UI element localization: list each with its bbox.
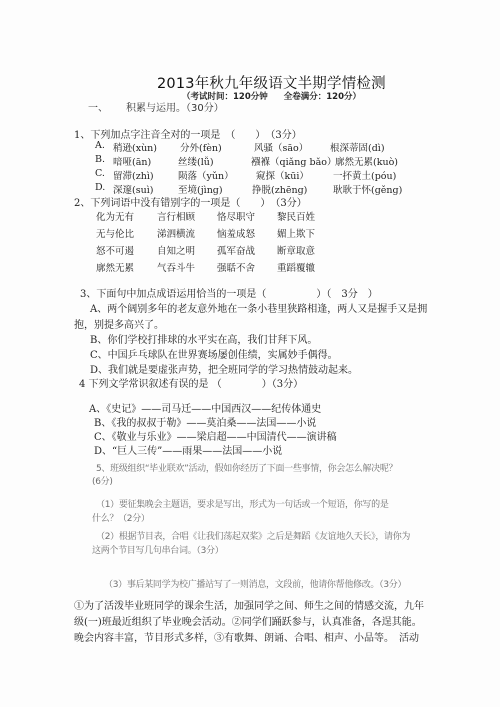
q5-passage-line: ①为了活泼毕业班同学的课余生活，加强同学之间、师生之间的情感交流，九年 [74,597,424,612]
word-item: 黎民百姓 [277,209,315,223]
option-item: 留滞(zhì) [113,168,154,182]
word-item: 孤军奋战 [217,243,255,257]
word-item: 自知之明 [157,243,195,257]
q4-option-c: C、《敬业与乐业》——梁启超——中国清代——演讲稿 [94,428,337,443]
q5-sub2: （2）根据节目表，合唱《让我们荡起双桨》之后是舞蹈《友谊地久天长》，请你为 [96,529,410,542]
q5-sub3: （3）事后某同学为校广播站写了一则消息，文段前，他请你帮他修改。（3分） [104,577,406,590]
option-item: 陨落（yǔn） [178,168,234,182]
q5-passage-line: 级(一)班最近组织了毕业晚会活动。②同学们踊跃参与，认真准备，各逞其能。 [74,613,422,628]
word-item: 无与伦比 [96,226,134,240]
option-label: C. [95,168,105,179]
q5-stem: 5、班级组织“毕业联欢”活动，假如你经历了下面一些事情，你会怎么解决呢？ [96,461,397,474]
option-item: 襁褓（qiǎng bǎo） [251,154,336,168]
word-item: 言行相顾 [157,209,195,223]
q1-option-c: C. 留滞(zhì) 陨落（yǔn） 窥探（kūi） 一抔黄土(póu) [0,168,500,182]
q1-option-b: B. 喑哑(ān) 丝缕(lǚ) 襁褓（qiǎng bǎo） 廓然无累(kuò) [0,154,500,168]
word-item: 断章取意 [277,243,315,257]
option-item: 稍逊(xùn) [113,140,157,154]
section-label: 积累与运用。（30分） [126,103,224,114]
q1-stem: 1、下列加点字注音全对的一项是 （ ） （3分） [74,126,302,141]
word-item: 涕泗横流 [157,226,195,240]
q5-sub1: （1）要征集晚会主题语，要求是写出，形式为一句话或一个短语，你写的是 [96,497,389,510]
option-item: 丝缕(lǚ) [178,154,214,168]
word-item: 重蹈覆辙 [277,260,315,274]
q3-option-d: D、我们就是要虚张声势，把全班同学的学习热情鼓动起来。 [90,361,358,376]
q3-option-c: C、中国乒乓球队在世界赛场屡创佳绩，实属妙手偶得。 [90,346,338,361]
q5-sub1-cont: 什么？（2分） [92,511,150,524]
option-item: 窥探（kūi） [256,168,309,182]
option-item: 分外(fèn) [180,140,222,154]
q1-option-a: A. 稍逊(xùn) 分外(fèn) 风骚（sāo） 根深蒂固(dì) [0,140,500,154]
q2-stem: 2、下列词语中没有错别字的一项是（ ） （3分） [74,194,307,209]
q3-option-a-cont: 抱，别提多高兴了。 [74,316,164,331]
option-label: A. [95,140,105,151]
q2-row: 化为无有 言行相顾 恪尽职守 黎民百姓 [0,209,500,223]
option-item: 风骚（sāo） [254,140,308,154]
q3-option-b: B、你们学校打排球的水平实在高，我们甘拜下风。 [90,331,317,346]
q2-row: 怒不可遏 自知之明 孤军奋战 断章取意 [0,243,500,257]
option-item: 喑哑(ān) [113,154,151,168]
q5-passage-line: 晚会内容丰富，节目形式多样，③有歌舞、朗诵、合唱、相声、小品等。 活动 [74,629,419,644]
word-item: 化为无有 [96,209,134,223]
option-item: 廓然无累(kuò) [335,154,398,168]
option-item: 根深蒂固(dì) [330,140,385,154]
section-number: 一、 [88,103,108,114]
word-item: 强聒不舍 [217,260,255,274]
word-item: 媚上欺下 [277,226,315,240]
section-heading: 一、积累与运用。（30分） [88,99,224,114]
q4-stem: 4 下列文学常识叙述有误的是 （ ）（3分） [79,375,303,390]
q5-sub2-cont: 这两个节目写几句串台词。（3分） [92,543,223,556]
word-item: 恪尽职守 [217,209,255,223]
word-item: 怒不可遏 [96,243,134,257]
q3-stem: 3、下面句中加点成语运用恰当的一项是（ ）（ 3分 ） [80,285,378,300]
q4-option-d: D、“巨人三传”——雨果——法国——小说 [94,442,282,457]
q5-stem-score: (6分) [92,474,113,487]
option-item: 一抔黄土(póu) [333,168,396,182]
word-item: 气吞斗牛 [157,260,195,274]
q2-row: 廓然无累 气吞斗牛 强聒不舍 重蹈覆辙 [0,260,500,274]
word-item: 恼羞成怒 [217,226,255,240]
option-label: D. [95,182,105,193]
q4-option-a: A、《史记》——司马迁——中国西汉——纪传体通史 [89,400,321,415]
full-score: 全卷满分：120分） [284,92,361,102]
word-item: 廓然无累 [96,260,134,274]
q2-row: 无与伦比 涕泗横流 恼羞成怒 媚上欺下 [0,226,500,240]
option-item: 耿耿于怀(gěng) [333,182,402,196]
option-label: B. [95,154,105,165]
q4-option-b: B、《我的叔叔于勒》——莫泊桑——法国——小说 [94,414,316,429]
q3-option-a: A、两个阔别多年的老友意外地在一条小巷里狭路相逢，两人又是握手又是拥 [90,300,427,315]
